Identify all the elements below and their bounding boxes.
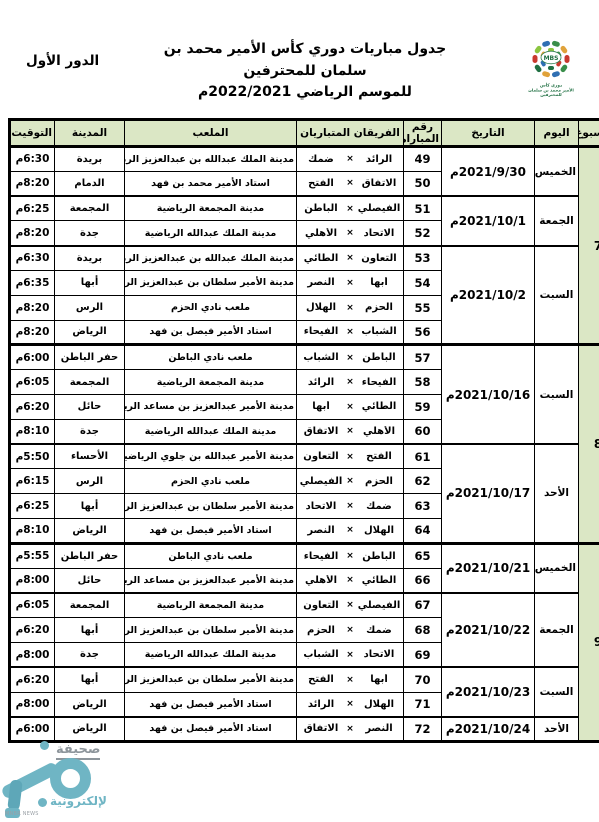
time-cell: 6:30م — [10, 147, 55, 172]
team1-name: النصر — [357, 723, 401, 734]
vs-symbol: × — [343, 501, 357, 511]
team1-name: ضمك — [357, 625, 401, 636]
match-number-cell: 63 — [404, 494, 442, 519]
teams-pairing: الفتح×التعاون — [299, 451, 401, 462]
vs-symbol: × — [343, 600, 357, 610]
stadium-cell: استاد الأمير فيصل بن فهد — [125, 717, 297, 742]
header-date: التاريخ — [442, 120, 535, 147]
date-cell: 2021/9/30م — [442, 147, 535, 197]
day-cell: الخميس — [535, 543, 579, 593]
team1-name: الهلال — [357, 525, 401, 536]
teams-cell: الهلال×النصر — [297, 518, 404, 543]
teams-pairing: أبها×النصر — [299, 277, 401, 288]
teams-pairing: أبها×الفتح — [299, 674, 401, 685]
teams-pairing: الهلال×النصر — [299, 525, 401, 536]
vs-symbol: × — [343, 327, 357, 337]
stadium-cell: ملعب نادي الباطن — [125, 543, 297, 568]
city-cell: أبها — [55, 270, 125, 295]
time-cell: 6:25م — [10, 196, 55, 221]
teams-pairing: الباطن×الشباب — [299, 352, 401, 363]
city-cell: المجمعة — [55, 593, 125, 618]
match-number-cell: 52 — [404, 221, 442, 246]
stadium-cell: مدينة الأمير سلطان بن عبدالعزيز الرياضية — [125, 667, 297, 692]
stadium-cell: مدينة الملك عبدالله الرياضية — [125, 221, 297, 246]
match-number-cell: 64 — [404, 518, 442, 543]
week-number-cell: 8 — [579, 345, 599, 543]
vs-symbol: × — [343, 724, 357, 734]
time-cell: 6:05م — [10, 370, 55, 395]
teams-pairing: الاتحاد×الشباب — [299, 649, 401, 660]
match-number-cell: 62 — [404, 469, 442, 494]
time-cell: 5:55م — [10, 543, 55, 568]
teams-cell: الشباب×الفيحاء — [297, 320, 404, 345]
teams-cell: الباطن×الفيحاء — [297, 543, 404, 568]
stadium-cell: مدينة الملك عبدالله الرياضية — [125, 419, 297, 444]
header-city: المدينة — [55, 120, 125, 147]
day-cell: الأحد — [535, 444, 579, 543]
teams-cell: الاتحاد×الشباب — [297, 642, 404, 667]
watermark-label-bottom: لإلكترونية — [50, 794, 107, 808]
city-cell: الرس — [55, 295, 125, 320]
watermark-label-top: صحيفة — [56, 742, 100, 760]
team2-name: الباطن — [299, 203, 343, 214]
city-cell: جدة — [55, 419, 125, 444]
city-cell: المجمعة — [55, 370, 125, 395]
stadium-cell: مدينة الأمير سلطان بن عبدالعزيز الرياضية — [125, 270, 297, 295]
team2-name: النصر — [299, 277, 343, 288]
time-cell: 6:15م — [10, 469, 55, 494]
match-number-cell: 53 — [404, 246, 442, 271]
match-number-cell: 51 — [404, 196, 442, 221]
stadium-cell: استاد الأمير فيصل بن فهد — [125, 692, 297, 717]
match-row: الأحد2021/10/17م61الفتح×التعاونمدينة الأ… — [10, 444, 599, 469]
team1-name: الفتح — [357, 451, 401, 462]
match-number-cell: 57 — [404, 345, 442, 370]
teams-cell: ضمك×الاتحاد — [297, 494, 404, 519]
day-cell: السبت — [535, 345, 579, 444]
time-cell: 6:05م — [10, 593, 55, 618]
stadium-cell: مدينة الأمير سلطان بن عبدالعزيز الرياضية — [125, 494, 297, 519]
date-cell: 2021/10/2م — [442, 246, 535, 345]
teams-pairing: الحزم×الفيصلي — [299, 476, 401, 487]
teams-cell: الرائد×ضمك — [297, 147, 404, 172]
teams-pairing: الفيحاء×الرائد — [299, 377, 401, 388]
mbs-league-logo: MBS دوري كأس الأمير محمد بن سلمان للمحتر… — [519, 36, 583, 86]
time-cell: 8:20م — [10, 221, 55, 246]
team2-name: النصر — [299, 525, 343, 536]
stadium-cell: استاد الأمير محمد بن فهد — [125, 171, 297, 196]
mbs-ball-icon: MBS — [528, 36, 574, 82]
day-cell: الأحد — [535, 717, 579, 742]
mbs-caption-line3: للمحترفين — [509, 92, 592, 97]
match-number-cell: 69 — [404, 642, 442, 667]
time-cell: 8:20م — [10, 295, 55, 320]
week-number-cell: 7 — [579, 147, 599, 345]
match-number-cell: 65 — [404, 543, 442, 568]
team2-name: الاتفاق — [299, 426, 343, 437]
teams-cell: الحزم×الهلال — [297, 295, 404, 320]
city-cell: الرس — [55, 469, 125, 494]
city-cell: جدة — [55, 221, 125, 246]
match-number-cell: 49 — [404, 147, 442, 172]
team2-name: الحزم — [299, 625, 343, 636]
document-page: { "header": { "round_label": "الدور الأو… — [0, 0, 599, 822]
team1-name: أبها — [357, 277, 401, 288]
week-number-cell: 9 — [579, 543, 599, 741]
stadium-cell: مدينة الملك عبدالله بن عبدالعزيز الرياضي… — [125, 246, 297, 271]
city-cell: أبها — [55, 494, 125, 519]
time-cell: 5:50م — [10, 444, 55, 469]
time-cell: 8:10م — [10, 419, 55, 444]
team2-name: أبها — [299, 401, 343, 412]
team1-name: الرائد — [357, 154, 401, 165]
city-cell: الدمام — [55, 171, 125, 196]
team1-name: الاتحاد — [357, 649, 401, 660]
teams-cell: الأهلي×الاتفاق — [297, 419, 404, 444]
city-cell: جدة — [55, 642, 125, 667]
watermark-minbar-news: صحيفة لإلكترونية MNBR NEWS — [0, 738, 150, 822]
time-cell: 8:20م — [10, 320, 55, 345]
vs-symbol: × — [343, 575, 357, 585]
teams-pairing: الاتحاد×الأهلي — [299, 228, 401, 239]
schedule-table: الأسبوع اليوم التاريخ رقم المباراة الفري… — [8, 118, 599, 743]
vs-symbol: × — [343, 426, 357, 436]
watermark-dot-icon — [38, 798, 47, 807]
stadium-cell: مدينة المجمعة الرياضية — [125, 593, 297, 618]
vs-symbol: × — [343, 675, 357, 685]
day-cell: الخميس — [535, 147, 579, 197]
stadium-cell: مدينة المجمعة الرياضية — [125, 370, 297, 395]
teams-pairing: الطائي×الأهلي — [299, 575, 401, 586]
date-cell: 2021/10/23م — [442, 667, 535, 717]
vs-symbol: × — [343, 204, 357, 214]
header-time: التوقيت — [10, 120, 55, 147]
teams-cell: الهلال×الرائد — [297, 692, 404, 717]
teams-cell: الطائي×أبها — [297, 394, 404, 419]
vs-symbol: × — [343, 476, 357, 486]
vs-symbol: × — [343, 353, 357, 363]
vs-symbol: × — [343, 625, 357, 635]
team1-name: الحزم — [357, 476, 401, 487]
match-row: 8السبت2021/10/16م57الباطن×الشبابملعب ناد… — [10, 345, 599, 370]
team1-name: ضمك — [357, 501, 401, 512]
team1-name: التعاون — [357, 253, 401, 264]
team1-name: أبها — [357, 674, 401, 685]
city-cell: الرياض — [55, 518, 125, 543]
stadium-cell: مدينة الأمير عبدالعزيز بن مساعد الرياضية — [125, 568, 297, 593]
page-title: جدول مباريات دوري كأس الأمير محمد بن سلم… — [140, 39, 470, 104]
teams-pairing: النصر×الاتفاق — [299, 723, 401, 734]
teams-cell: الباطن×الشباب — [297, 345, 404, 370]
teams-pairing: الرائد×ضمك — [299, 154, 401, 165]
watermark-dot-icon — [40, 741, 49, 750]
team1-name: الفيصلي — [357, 600, 401, 611]
match-number-cell: 58 — [404, 370, 442, 395]
schedule-table-header: الأسبوع اليوم التاريخ رقم المباراة الفري… — [10, 120, 599, 147]
city-cell: حائل — [55, 394, 125, 419]
match-number-cell: 54 — [404, 270, 442, 295]
match-row: الجمعة2021/10/22م67الفيصلي×التعاونمدينة … — [10, 593, 599, 618]
vs-symbol: × — [343, 278, 357, 288]
minbar-logo-icon — [50, 758, 91, 799]
team2-name: ضمك — [299, 154, 343, 165]
minbar-logo-icon — [7, 779, 23, 810]
match-row: السبت2021/10/2م53التعاون×الطائيمدينة الم… — [10, 246, 599, 271]
stadium-cell: مدينة الأمير سلطان بن عبدالعزيز الرياضية — [125, 618, 297, 643]
team1-name: الحزم — [357, 302, 401, 313]
team2-name: الفيصلي — [299, 476, 343, 487]
city-cell: أبها — [55, 667, 125, 692]
city-cell: الرياض — [55, 320, 125, 345]
date-cell: 2021/10/24م — [442, 717, 535, 742]
teams-cell: أبها×النصر — [297, 270, 404, 295]
page-title-line1: جدول مباريات دوري كأس الأمير محمد بن سلم… — [140, 39, 470, 82]
match-number-cell: 59 — [404, 394, 442, 419]
day-cell: السبت — [535, 667, 579, 717]
teams-cell: الفيصلي×الباطن — [297, 196, 404, 221]
team2-name: الشباب — [299, 649, 343, 660]
teams-pairing: الاتفاق×الفتح — [299, 178, 401, 189]
header-row: الأسبوع اليوم التاريخ رقم المباراة الفري… — [10, 120, 599, 147]
mbs-logo-text: MBS — [544, 55, 559, 62]
team1-name: الهلال — [357, 699, 401, 710]
vs-symbol: × — [343, 178, 357, 188]
vs-symbol: × — [343, 377, 357, 387]
team1-name: الباطن — [357, 352, 401, 363]
team2-name: الاتفاق — [299, 723, 343, 734]
time-cell: 6:30م — [10, 246, 55, 271]
time-cell: 6:20م — [10, 667, 55, 692]
date-cell: 2021/10/16م — [442, 345, 535, 444]
stadium-cell: مدينة الأمير عبدالله بن جلوي الرياضية — [125, 444, 297, 469]
teams-pairing: ضمك×الحزم — [299, 625, 401, 636]
teams-pairing: التعاون×الطائي — [299, 253, 401, 264]
time-cell: 6:00م — [10, 345, 55, 370]
stadium-cell: مدينة الملك عبدالله الرياضية — [125, 642, 297, 667]
match-number-cell: 56 — [404, 320, 442, 345]
header-week: الأسبوع — [579, 120, 599, 147]
city-cell: حفر الباطن — [55, 345, 125, 370]
team1-name: الفيحاء — [357, 377, 401, 388]
team2-name: الفيحاء — [299, 551, 343, 562]
stadium-cell: مدينة المجمعة الرياضية — [125, 196, 297, 221]
vs-symbol: × — [343, 699, 357, 709]
match-row: السبت2021/10/23م70أبها×الفتحمدينة الأمير… — [10, 667, 599, 692]
teams-cell: ضمك×الحزم — [297, 618, 404, 643]
round-label: الدور الأول — [26, 53, 99, 69]
team2-name: التعاون — [299, 451, 343, 462]
match-number-cell: 55 — [404, 295, 442, 320]
vs-symbol: × — [343, 253, 357, 263]
match-number-cell: 72 — [404, 717, 442, 742]
match-number-cell: 68 — [404, 618, 442, 643]
team2-name: الطائي — [299, 253, 343, 264]
teams-pairing: الهلال×الرائد — [299, 699, 401, 710]
date-cell: 2021/10/17م — [442, 444, 535, 543]
city-cell: أبها — [55, 618, 125, 643]
teams-pairing: الحزم×الهلال — [299, 302, 401, 313]
match-row: 9الخميس2021/10/21م65الباطن×الفيحاءملعب ن… — [10, 543, 599, 568]
team1-name: الطائي — [357, 575, 401, 586]
team2-name: الهلال — [299, 302, 343, 313]
teams-pairing: الطائي×أبها — [299, 401, 401, 412]
day-cell: الجمعة — [535, 593, 579, 667]
page-title-line2: للموسم الرياضي 2022/2021م — [140, 82, 470, 104]
vs-symbol: × — [343, 228, 357, 238]
time-cell: 6:35م — [10, 270, 55, 295]
stadium-cell: ملعب نادي الباطن — [125, 345, 297, 370]
watermark-label-en: MNBR NEWS — [5, 811, 39, 817]
city-cell: حائل — [55, 568, 125, 593]
date-cell: 2021/10/22م — [442, 593, 535, 667]
day-cell: السبت — [535, 246, 579, 345]
team1-name: الباطن — [357, 551, 401, 562]
teams-cell: الاتفاق×الفتح — [297, 171, 404, 196]
time-cell: 8:00م — [10, 642, 55, 667]
match-number-cell: 50 — [404, 171, 442, 196]
time-cell: 6:20م — [10, 618, 55, 643]
team1-name: الاتحاد — [357, 228, 401, 239]
vs-symbol: × — [343, 551, 357, 561]
vs-symbol: × — [343, 650, 357, 660]
vs-symbol: × — [343, 452, 357, 462]
header-match-number: رقم المباراة — [404, 120, 442, 147]
team2-name: الفتح — [299, 178, 343, 189]
team2-name: الفيحاء — [299, 326, 343, 337]
teams-pairing: ضمك×الاتحاد — [299, 501, 401, 512]
team2-name: التعاون — [299, 600, 343, 611]
match-number-cell: 67 — [404, 593, 442, 618]
city-cell: الأحساء — [55, 444, 125, 469]
time-cell: 8:20م — [10, 171, 55, 196]
vs-symbol: × — [343, 154, 357, 164]
match-number-cell: 66 — [404, 568, 442, 593]
teams-pairing: الأهلي×الاتفاق — [299, 426, 401, 437]
match-row: 7الخميس2021/9/30م49الرائد×ضمكمدينة الملك… — [10, 147, 599, 172]
team2-name: الأهلي — [299, 228, 343, 239]
stadium-cell: استاد الأمير فيصل بن فهد — [125, 320, 297, 345]
date-cell: 2021/10/1م — [442, 196, 535, 246]
match-number-cell: 70 — [404, 667, 442, 692]
teams-cell: الاتحاد×الأهلي — [297, 221, 404, 246]
teams-pairing: الباطن×الفيحاء — [299, 551, 401, 562]
time-cell: 8:00م — [10, 692, 55, 717]
teams-cell: الحزم×الفيصلي — [297, 469, 404, 494]
teams-pairing: الفيصلي×التعاون — [299, 600, 401, 611]
time-cell: 6:20م — [10, 394, 55, 419]
team2-name: الأهلي — [299, 575, 343, 586]
header-stadium: الملعب — [125, 120, 297, 147]
vs-symbol: × — [343, 303, 357, 313]
team2-name: الرائد — [299, 377, 343, 388]
date-cell: 2021/10/21م — [442, 543, 535, 593]
header-teams: الفريقان المتباريان — [297, 120, 404, 147]
match-number-cell: 61 — [404, 444, 442, 469]
teams-cell: الفيصلي×التعاون — [297, 593, 404, 618]
team1-name: الأهلي — [357, 426, 401, 437]
match-number-cell: 60 — [404, 419, 442, 444]
teams-cell: الطائي×الأهلي — [297, 568, 404, 593]
time-cell: 8:00م — [10, 568, 55, 593]
teams-pairing: الشباب×الفيحاء — [299, 326, 401, 337]
teams-cell: التعاون×الطائي — [297, 246, 404, 271]
time-cell: 6:25م — [10, 494, 55, 519]
stadium-cell: استاد الأمير فيصل بن فهد — [125, 518, 297, 543]
match-number-cell: 71 — [404, 692, 442, 717]
mbs-logo-caption: دوري كأس الأمير محمد بن سلمان للمحترفين — [509, 83, 592, 97]
city-cell: بريدة — [55, 147, 125, 172]
city-cell: الرياض — [55, 692, 125, 717]
day-cell: الجمعة — [535, 196, 579, 246]
match-row: الجمعة2021/10/1م51الفيصلي×الباطنمدينة ال… — [10, 196, 599, 221]
teams-pairing: الفيصلي×الباطن — [299, 203, 401, 214]
team2-name: الرائد — [299, 699, 343, 710]
teams-cell: أبها×الفتح — [297, 667, 404, 692]
teams-cell: الفتح×التعاون — [297, 444, 404, 469]
schedule-table-body: 7الخميس2021/9/30م49الرائد×ضمكمدينة الملك… — [10, 147, 599, 742]
stadium-cell: مدينة الأمير عبدالعزيز بن مساعد الرياضية — [125, 394, 297, 419]
time-cell: 8:10م — [10, 518, 55, 543]
city-cell: حفر الباطن — [55, 543, 125, 568]
team1-name: الفيصلي — [357, 203, 401, 214]
team2-name: الفتح — [299, 674, 343, 685]
team2-name: الاتحاد — [299, 501, 343, 512]
team2-name: الشباب — [299, 352, 343, 363]
vs-symbol: × — [343, 402, 357, 412]
stadium-cell: ملعب نادي الحزم — [125, 295, 297, 320]
stadium-cell: مدينة الملك عبدالله بن عبدالعزيز الرياضي… — [125, 147, 297, 172]
teams-cell: النصر×الاتفاق — [297, 717, 404, 742]
team1-name: الاتفاق — [357, 178, 401, 189]
team1-name: الشباب — [357, 326, 401, 337]
team1-name: الطائي — [357, 401, 401, 412]
city-cell: بريدة — [55, 246, 125, 271]
header-day: اليوم — [535, 120, 579, 147]
vs-symbol: × — [343, 525, 357, 535]
stadium-cell: ملعب نادي الحزم — [125, 469, 297, 494]
city-cell: المجمعة — [55, 196, 125, 221]
teams-cell: الفيحاء×الرائد — [297, 370, 404, 395]
